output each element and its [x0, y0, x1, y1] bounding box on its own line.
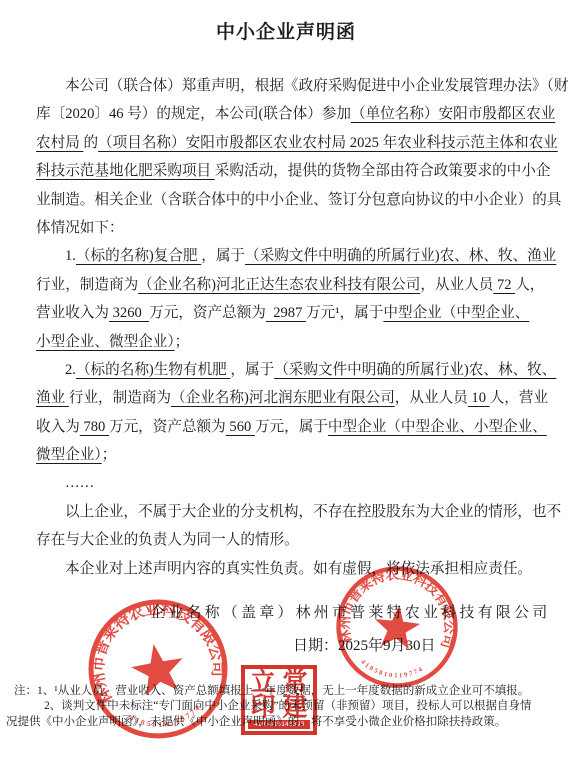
text-segment: 体情况如下： [36, 220, 124, 236]
text-segment: ，从业人员 [420, 277, 493, 293]
filled-blank-text: 72 [493, 277, 515, 293]
text-segment: 存在与大企业的负责人为同一人的情形。 [36, 532, 299, 548]
filled-blank-text: 780 [80, 419, 109, 435]
text-segment: 人，营业 [490, 390, 548, 406]
company-round-seal-right: 林州市普莱特农业科技有限公司 4105810119774 [329, 559, 465, 695]
body-line: 库〔2020〕46 号）的规定，本公司(联合体）参加（单位名称）安阳市殷都区农业 [36, 100, 541, 128]
body-line: 本企业对上述声明内容的真实性负责。如有虚假，将依法承担相应责任。 [36, 555, 541, 583]
text-segment: ，属于 [201, 248, 245, 264]
filled-blank-text: （项目名称）安阳市殷都区农业农村局 2025 年农业科技示范主体和农业 [98, 135, 558, 151]
company-round-seal-left: 林州市普莱特农业科技有限公司 4105810119774 [76, 587, 241, 752]
filled-blank-text: 农村局 [36, 135, 83, 151]
filled-blank-text: 渔业 [36, 390, 69, 406]
declaration-document-page: 中小企业声明函 本公司（联合体）郑重声明，根据《政府采购促进中小企业发展管理办法… [0, 0, 572, 769]
filled-blank-text: （采购文件中明确的所属行业)农、林、牧、渔业 [245, 248, 556, 264]
filled-blank-text: （标的名称)生物有机肥 [76, 362, 230, 378]
body-line: 小型企业、微型企业）； [36, 328, 541, 356]
text-segment: ，属于 [230, 362, 274, 378]
text-segment: 万元¹，属于 [306, 305, 383, 321]
seal-number: 4105810119774 [127, 701, 204, 735]
filled-blank-text: 560 [226, 419, 255, 435]
text-segment: 本公司（联合体）郑重声明，根据《政府采购促进中小企业发展管理办法》（财 [65, 78, 569, 94]
text-segment: 营业收入为 [36, 305, 109, 321]
body-line: 收入为 780 万元，资产总额为 560 万元，属于中型企业（中型企业、小型企业… [36, 413, 541, 441]
body-line: 2.（标的名称)生物有机肥 ，属于（采购文件中明确的所属行业)农、林、牧、 [36, 356, 541, 384]
filled-blank-text: 小型企业、微型企业） [36, 334, 175, 350]
document-body: 本公司（联合体）郑重声明，根据《政府采购促进中小企业发展管理办法》（财库〔202… [36, 72, 541, 583]
body-line: 业制造。相关企业（含联合体中的中小企业、签订分包意向协议的中小企业）的具 [36, 186, 541, 214]
text-segment: 1. [65, 248, 76, 264]
body-line: 科技示范基地化肥采购项目 采购活动，提供的货物全部由符合政策要求的中小企 [36, 157, 541, 185]
filled-blank-text: 3260 [109, 305, 149, 321]
filled-blank-text: （单位名称）安阳市殷都区农业 [351, 106, 555, 122]
text-segment: 万元，属于 [255, 419, 328, 435]
text-segment: 行业，制造商为 [36, 277, 138, 293]
stamp-character: 立 [250, 669, 275, 695]
star-icon [372, 603, 422, 651]
filled-blank-text: （企业名称)河北正达生态农业科技有限公司 [138, 277, 420, 293]
body-line: 本公司（联合体）郑重声明，根据《政府采购促进中小企业发展管理办法》（财 [36, 72, 541, 100]
body-line: 微型企业）； [36, 441, 541, 469]
body-line: 以上企业，不属于大企业的分支机构，不存在控股股东为大企业的情形，也不 [36, 498, 541, 526]
stamp-character: 建 [282, 694, 307, 720]
name-stamp-grid: 立常印建 [245, 669, 313, 720]
text-segment: ，从业人员 [395, 390, 468, 406]
stamp-character: 常 [282, 669, 307, 695]
star-icon [128, 640, 188, 698]
body-line: 存在与大企业的负责人为同一人的情形。 [36, 526, 541, 554]
name-stamp: 立常印建 4105810140393 [241, 665, 317, 735]
body-line: 体情况如下： [36, 214, 541, 242]
stamp-character: 印 [250, 694, 275, 720]
body-line: 营业收入为 3260 万元，资产总额为 2987 万元¹，属于中型企业（中型企业… [36, 299, 541, 327]
round-seal-graphic: 林州市普莱特农业科技有限公司 4105810119774 [76, 587, 241, 752]
filled-blank-text: （企业名称)河北润东肥业有限公司 [171, 390, 395, 406]
text-segment: 2. [65, 362, 76, 378]
text-segment: 的 [83, 135, 98, 151]
filled-blank-text: （采购文件中明确的所属行业)农、林、牧、 [274, 362, 556, 378]
text-segment: 业制造。相关企业（含联合体中的中小企业、签订分包意向协议的中小企业）的具 [36, 192, 561, 208]
filled-blank-text: 2987 [266, 305, 306, 321]
text-segment: 库〔2020〕46 号）的规定，本公司(联合体）参加 [36, 106, 351, 122]
body-line: …… [36, 469, 541, 497]
filled-blank-text: 中型企业（中型企业、 [383, 305, 529, 321]
text-segment: 万元，资产总额为 [149, 305, 266, 321]
filled-blank-text: 10 [468, 390, 490, 406]
text-segment: ； [102, 447, 117, 463]
body-line: 1.（标的名称)复合肥 ，属于（采购文件中明确的所属行业)农、林、牧、渔业 [36, 242, 541, 270]
text-segment: 采购活动，提供的货物全部由符合政策要求的中小企 [215, 163, 551, 179]
document-title: 中小企业声明函 [0, 17, 572, 44]
filled-blank-text: （标的名称)复合肥 [76, 248, 201, 264]
body-line: 行业，制造商为（企业名称)河北正达生态农业科技有限公司，从业人员 72 人， [36, 271, 541, 299]
text-segment: ； [175, 334, 190, 350]
filled-blank-text: 微型企业） [36, 447, 102, 463]
body-line: 农村局 的（项目名称）安阳市殷都区农业农村局 2025 年农业科技示范主体和农业 [36, 129, 541, 157]
round-seal-graphic: 林州市普莱特农业科技有限公司 4105810119774 [329, 559, 465, 695]
filled-blank-text: 科技示范基地化肥采购项目 [36, 163, 215, 179]
text-segment: 收入为 [36, 419, 80, 435]
text-segment: 万元，资产总额为 [109, 419, 226, 435]
text-segment: 以上企业，不属于大企业的分支机构，不存在控股股东为大企业的情形，也不 [65, 504, 561, 520]
filled-blank-text: 中型企业（中型企业、小型企业、 [328, 419, 547, 435]
text-segment: 行业，制造商为 [69, 390, 171, 406]
text-segment: 人， [515, 277, 544, 293]
body-line: 渔业 行业，制造商为（企业名称)河北润东肥业有限公司，从业人员 10 人，营业 [36, 384, 541, 412]
text-segment: …… [65, 475, 94, 491]
